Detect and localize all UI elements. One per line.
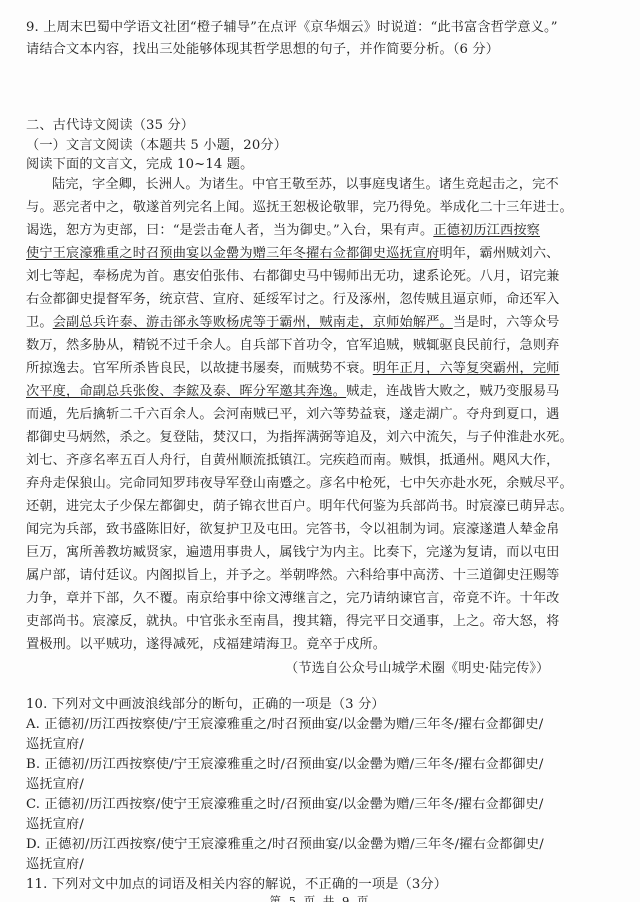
q10-stem: 10. 下列对文中画波浪线部分的断句，正确的一项是（3 分） [26, 697, 385, 713]
passage-line: 而遁，先后擒斩二千六百余人。会河南贼已平，刘六等势益衰，遂走湖广。夺舟到夏口，遇 [26, 407, 560, 423]
page-number: 第 5 页 共 9 页 [0, 893, 640, 902]
section-instruction: 阅读下面的文言文，完成 10~14 题。 [26, 157, 253, 173]
passage-line: 属户部，请付廷议。内阁拟旨上，并予之。举朝哗然。六科给事中高淓、十三道御史汪赐等 [26, 568, 560, 584]
passage-line: 力争，章并下部，久不覆。南京给事中徐文溥继言之，完乃请纳谏官言，帝竟不许。十年改 [26, 591, 560, 607]
passage-line: 与。恶完者中之，敬遂首列完名上闻。巡抚王恕极论敬罪，完乃得免。举成化二十三年进士… [26, 200, 573, 216]
passage-line: 使宁王宸濠雅重之时召预曲宴以金罍为赠三年冬擢右佥都御史巡抚宣府明年，霸州贼刘六、 [26, 246, 560, 262]
passage-line: 右佥都御史提督军务，统京营、宣府、延绥军讨之。行及涿州，忽传贼且逼京师，命还军入 [26, 292, 560, 308]
passage-line: 次平度，命副总兵张俊、李鋐及泰、晖分军邀其奔逸。贼走，连战皆大败之，贼乃变服易马 [26, 384, 560, 400]
q10-option-d-cont: 巡抚宣府/ [26, 857, 84, 873]
passage-line: 刘七、齐彦名率五百人舟行，自黄州顺流抵镇江。完疾趋而南。贼惧，抵通州。飓风大作， [26, 453, 560, 469]
passage-text: 谒选，恕方为吏部，曰：“是尝击奄人者，当为御史。”入台，果有声。 [26, 223, 433, 238]
passage-text: 明年，霸州贼刘六、 [439, 246, 559, 261]
passage-text: 所掠逸去。官军所杀皆良民，以故捷书屡奏，而贼势不衰。 [26, 361, 373, 376]
q11-stem: 11. 下列对文中加点的词语及相关内容的解说，不正确的一项是（3分） [26, 877, 447, 893]
passage-line: 卫。会副总兵许泰、游击郤永等败杨虎等于霸州，贼南走，京师始解严。当是时，六等众号 [26, 315, 560, 331]
passage-line: 置极刑。以平贼功，遂得减死，戍福建靖海卫。竟卒于戍所。 [26, 637, 386, 653]
passage-line: 陆完，字全卿，长洲人。为诸生。中官王敬至苏，以事庭曳诸生。诸生竞起击之，完不 [52, 177, 559, 193]
passage-line: 谒选，恕方为吏部，曰：“是尝击奄人者，当为御史。”入台，果有声。正德初历江西按察 [26, 223, 540, 239]
underlined-text: 明年正月，六等复突霸州，完师 [373, 361, 560, 376]
underlined-text: 会副总兵许泰、游击郤永等败杨虎等于霸州，贼南走，京师始解严。 [53, 315, 453, 330]
section-subtitle: （一）文言文阅读（本题共 5 小题，20分） [26, 138, 287, 154]
passage-line: 吏部尚书。宸濠反，就执。中官张永至南昌，搜其籍，得完平日交通事，上之。帝大怒，将 [26, 614, 560, 630]
passage-line: 数万，然多胁从，精锐不过千余人。自兵部下首功令，官军追贼，贼辄驱良民前行，急则弃 [26, 338, 560, 354]
section-title: 二、古代诗文阅读（35 分） [26, 118, 194, 134]
q10-option-a: A. 正德初/历江西按察使/宁王宸濠雅重之/时召预曲宴/以金罍为赠/三年冬/擢右… [26, 717, 543, 733]
wavy-underlined-text: 正德初历江西按察 [433, 223, 540, 238]
q9-line-2: 请结合文本内容，找出三处能够体现其哲学思想的句子，并作简要分析。（6 分） [26, 42, 499, 58]
passage-line: 所掠逸去。官军所杀皆良民，以故捷书屡奏，而贼势不衰。明年正月，六等复突霸州，完师 [26, 361, 560, 377]
q10-option-b-cont: 巡抚宣府/ [26, 777, 84, 793]
q10-option-c-cont: 巡抚宣府/ [26, 817, 84, 833]
exam-page: 9. 上周末巴蜀中学语文社团“橙子辅导”在点评《京华烟云》时说道：“此书富含哲学… [0, 0, 640, 902]
passage-text: 贼走，连战皆大败之，贼乃变服易马 [346, 384, 559, 399]
passage-line: 刘七等起，奉杨虎为首。惠安伯张伟、右都御史马中锡师出无功，逮系论死。八月，诏完兼 [26, 269, 560, 285]
wavy-underlined-text: 使宁王宸濠雅重之时召预曲宴以金罍为赠三年冬擢右佥都御史巡抚宣府 [26, 246, 439, 261]
underlined-text: 次平度，命副总兵张俊、李鋐及泰、晖分军邀其奔逸。 [26, 384, 346, 399]
q10-option-c: C. 正德初/历江西按察/使宁王宸濠雅重之时/召预曲宴/以金罍为赠/三年冬/擢右… [26, 797, 543, 813]
q10-option-a-cont: 巡抚宣府/ [26, 737, 84, 753]
passage-line: 弃舟走保狼山。完命同知罗玮夜导军登山南蹙之。彦名中枪死，七中矢亦赴水死，余贼尽平… [26, 476, 573, 492]
q10-option-d: D. 正德初/历江西按察/使宁王宸濠雅重之/时召预曲宴/以金罍为赠/三年冬/擢右… [26, 837, 544, 853]
q10-option-b: B. 正德初/历江西按察使/宁王宸濠雅重之时/召预曲宴/以金罍为赠/三年冬/擢右… [26, 757, 544, 773]
q9-line-1: 9. 上周末巴蜀中学语文社团“橙子辅导”在点评《京华烟云》时说道：“此书富含哲学… [26, 20, 558, 36]
passage-text: 卫。 [26, 315, 53, 330]
passage-line: 巨万，寓所善教坊臧贤家，遍遗用事贵人，属钱宁为内主。比奏下，完遂为复请，而以屯田 [26, 545, 560, 561]
passage-text: 当是时，六等众号 [453, 315, 560, 330]
passage-line: 闻完为兵部，致书盛陈旧好，欲复护卫及屯田。完答书，令以祖制为词。宸濠遂遣人辇金帛 [26, 522, 560, 538]
passage-line: 还朝，进完太子少保左都御史，荫子锦衣世百户。明年代何鉴为兵部尚书。时宸濠已萌异志… [26, 499, 573, 515]
passage-source: （节选自公众号山城学术圈《明史·陆完传》） [285, 661, 550, 677]
passage-line: 都御史马炳然，杀之。复登陆，焚汉口，为指挥满弼等追及，刘六中流矢，与子仲淮赴水死… [26, 430, 573, 446]
